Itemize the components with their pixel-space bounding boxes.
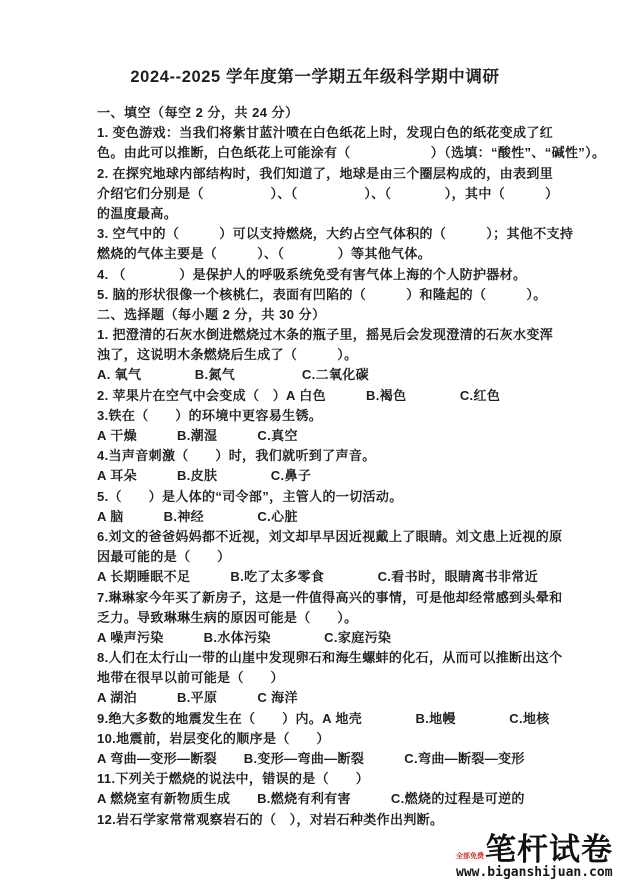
text-line: 4. （ ）是保护人的呼吸系统免受有害气体上海的个人防护器材。 xyxy=(97,265,557,285)
options-line: A. 氧气 B.氮气 C.二氧化碳 xyxy=(97,365,557,385)
exam-body: 一、填空（每空 2 分，共 24 分） 1. 变色游戏：当我们将紫甘蓝汁喷在白色… xyxy=(97,103,557,830)
options-line: A 噪声污染 B.水体污染 C.家庭污染 xyxy=(97,628,557,648)
text-line: 8.人们在太行山一带的山崖中发现卵石和海生螺蚌的化石，从而可以推断出这个 xyxy=(97,648,557,668)
text-line: 3.铁在（ ）的环境中更容易生锈。 xyxy=(97,406,557,426)
text-line: 5.（ ）是人体的“司令部”，主管人的一切活动。 xyxy=(97,487,557,507)
options-line: A 干燥 B.潮湿 C.真空 xyxy=(97,426,557,446)
section-multiple-choice-heading: 二、选择题（每小题 2 分，共 30 分） xyxy=(97,305,557,325)
paper-title: 2024--2025 学年度第一学期五年级科学期中调研 xyxy=(0,63,630,87)
site-url: www.biganshijuan.com xyxy=(456,866,613,879)
watermark-brand-row: 全部免费 笔杆试卷 xyxy=(456,834,613,865)
options-line: A 脑 B.神经 C.心脏 xyxy=(97,507,557,527)
options-line: A 燃烧室有新物质生成 B.燃烧有利有害 C.燃烧的过程是可逆的 xyxy=(97,789,557,809)
text-line: 的温度最高。 xyxy=(97,204,557,224)
text-line: 10.地震前，岩层变化的顺序是（ ） xyxy=(97,729,557,749)
text-line: 燃烧的气体主要是（ ）、（ ）等其他气体。 xyxy=(97,244,557,264)
text-line: 1. 变色游戏：当我们将紫甘蓝汁喷在白色纸花上时，发现白色的纸花变成了红 xyxy=(97,123,557,143)
text-line: 7.琳琳家今年买了新房子，这是一件值得高兴的事情，可是他却经常感到头晕和 xyxy=(97,588,557,608)
text-line: 介绍它们分别是（ ）、（ ）、（ ），其中（ ） xyxy=(97,184,557,204)
text-line: 12.岩石学家常常观察岩石的（ ），对岩石种类作出判断。 xyxy=(97,810,557,830)
options-line: A 弯曲—变形—断裂 B.变形—弯曲—断裂 C.弯曲—断裂—变形 xyxy=(97,749,557,769)
text-line: 11.下列关于燃烧的说法中，错误的是（ ） xyxy=(97,769,557,789)
text-line: 4.当声音刺激（ ）时，我们就听到了声音。 xyxy=(97,446,557,466)
site-watermark: 全部免费 笔杆试卷 www.biganshijuan.com xyxy=(456,834,613,879)
brand-logo-text: 笔杆试卷 xyxy=(485,834,613,865)
text-line: 乏力。导致琳琳生病的原因可能是（ ）。 xyxy=(97,608,557,628)
text-line: 9.绝大多数的地震发生在（ ）内。A 地壳 B.地幔 C.地核 xyxy=(97,709,557,729)
text-line: 5. 脑的形状很像一个核桃仁，表面有凹陷的（ ）和隆起的（ ）。 xyxy=(97,285,557,305)
options-line: A 耳朵 B.皮肤 C.鼻子 xyxy=(97,466,557,486)
scanned-exam-page: 2024--2025 学年度第一学期五年级科学期中调研 一、填空（每空 2 分，… xyxy=(0,0,630,886)
options-line: A 湖泊 B.平原 C 海洋 xyxy=(97,688,557,708)
options-line: A 长期睡眠不足 B.吃了太多零食 C.看书时，眼睛离书非常近 xyxy=(97,567,557,587)
text-line: 2. 苹果片在空气中会变成（ ）A 白色 B.褐色 C.红色 xyxy=(97,386,557,406)
text-line: 浊了，这说明木条燃烧后生成了（ ）。 xyxy=(97,345,557,365)
text-line: 地带在很早以前可能是（ ） xyxy=(97,668,557,688)
section-fill-blanks-heading: 一、填空（每空 2 分，共 24 分） xyxy=(97,103,557,123)
free-badge: 全部免费 xyxy=(456,853,484,860)
text-line: 3. 空气中的（ ）可以支持燃烧，大约占空气体积的（ ）；其他不支持 xyxy=(97,224,557,244)
text-line: 2. 在探究地球内部结构时，我们知道了，地球是由三个圈层构成的，由表到里 xyxy=(97,164,557,184)
text-line: 因最可能的是（ ） xyxy=(97,547,557,567)
text-line: 色。由此可以推断，白色纸花上可能涂有（ ）（选填：“酸性”、“碱性”）。 xyxy=(97,143,557,163)
text-line: 1. 把澄清的石灰水倒进燃烧过木条的瓶子里，摇晃后会发现澄清的石灰水变浑 xyxy=(97,325,557,345)
text-line: 6.刘文的爸爸妈妈都不近视，刘文却早早因近视戴上了眼睛。刘文患上近视的原 xyxy=(97,527,557,547)
